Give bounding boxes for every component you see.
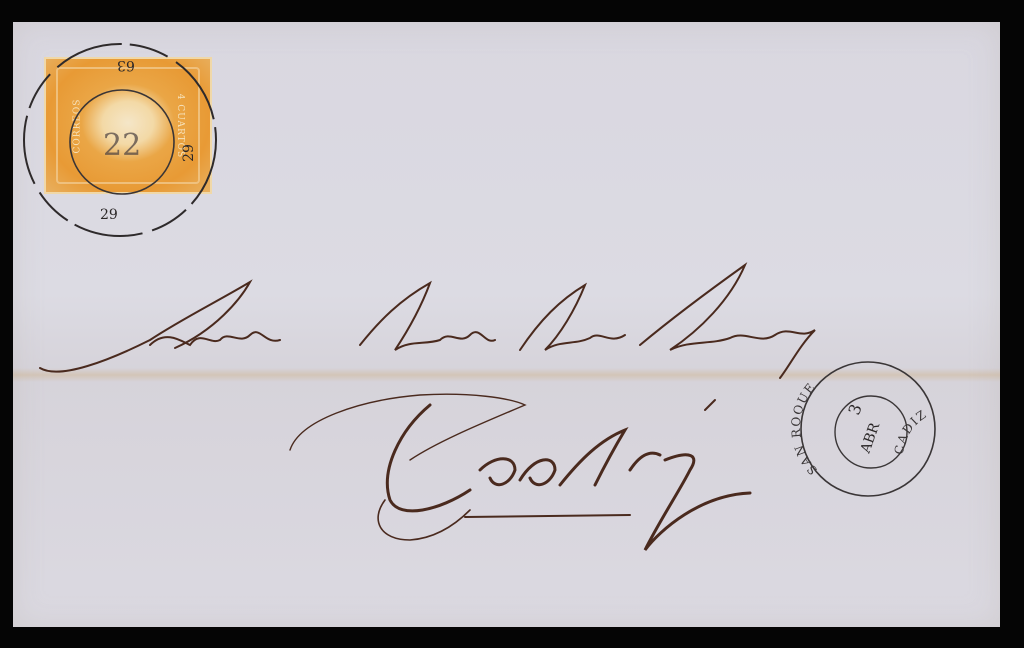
cancel-side-number: 29 — [181, 144, 197, 162]
ink-overlay: SAN ROQUE CADIZ — [0, 0, 1024, 648]
cancel-top-number: 63 — [117, 57, 135, 73]
postmark-province-text: CADIZ — [892, 407, 930, 456]
cancel-bottom-number: 29 — [100, 207, 118, 223]
cancel-center-mark: 22 — [103, 128, 141, 163]
postmark-town-text: SAN ROQUE — [789, 380, 820, 478]
svg-text:CADIZ: CADIZ — [892, 407, 930, 456]
svg-text:SAN ROQUE: SAN ROQUE — [789, 380, 820, 478]
